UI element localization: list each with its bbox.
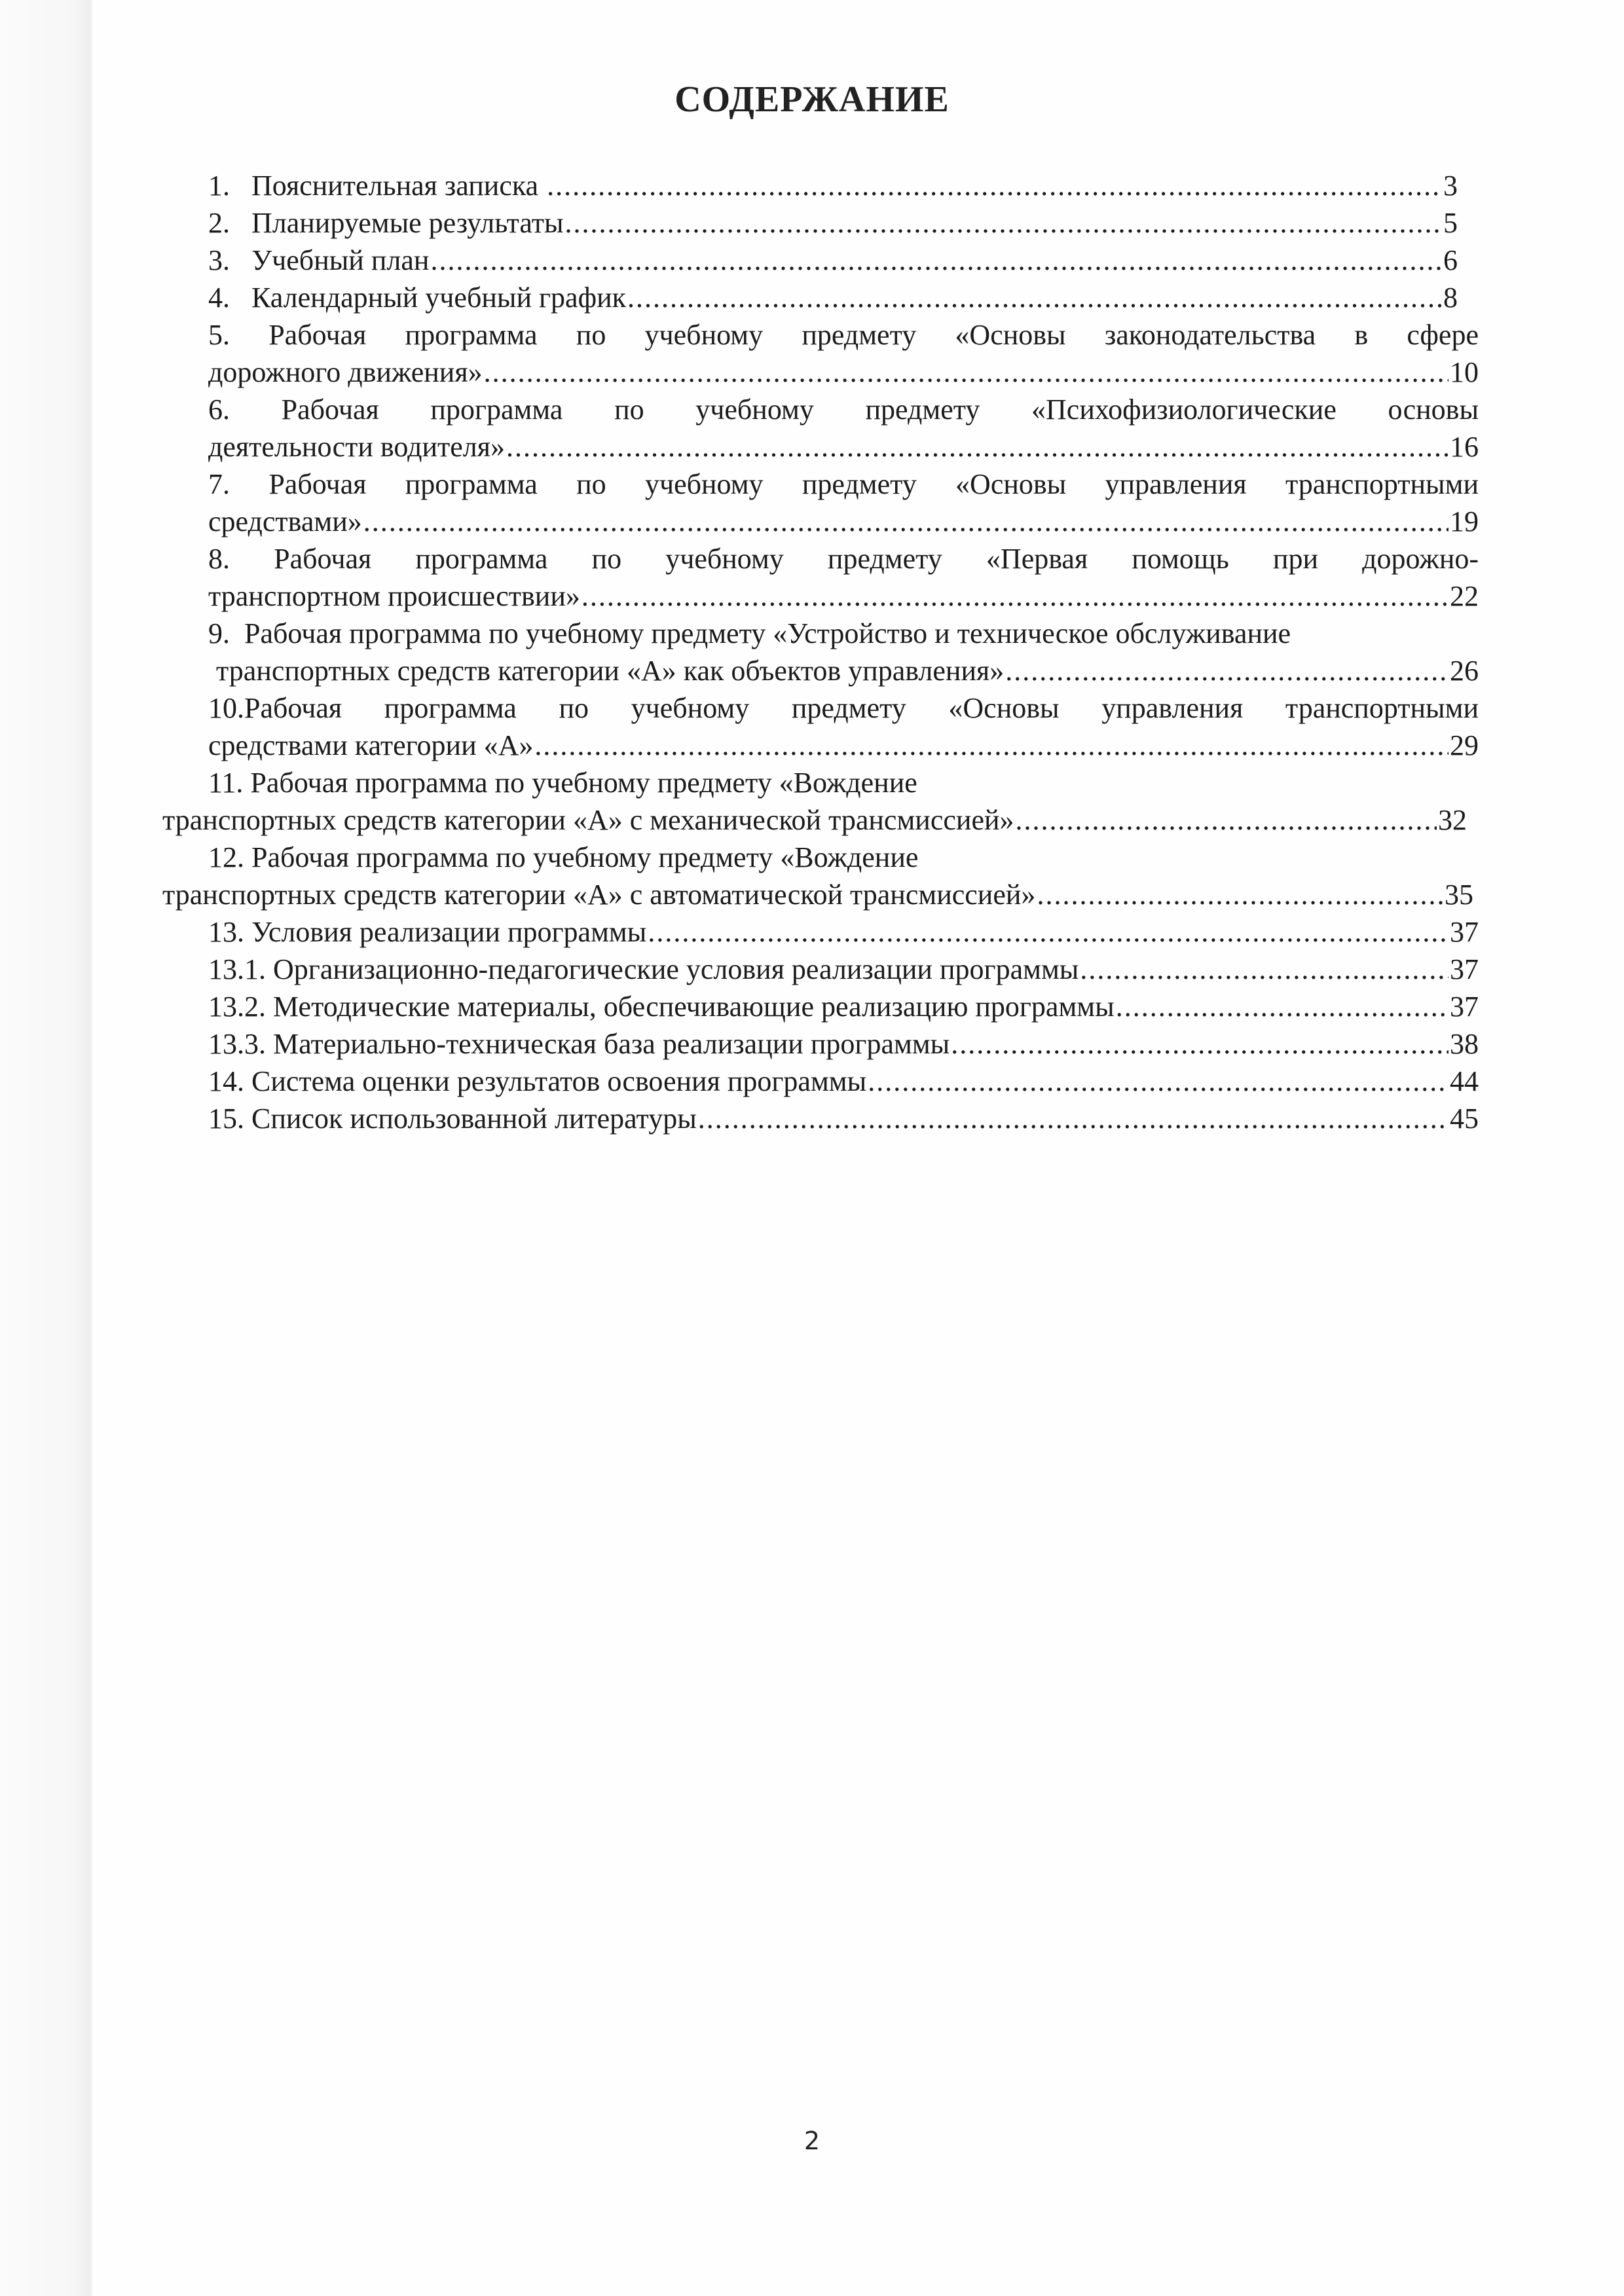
toc-entry-number: 11.	[208, 767, 243, 799]
dot-leader: ........................................…	[1080, 951, 1449, 988]
toc-entry-title-cont: транспортных средств категории «А» с авт…	[162, 877, 1035, 913]
toc-entry-title: Система оценки результатов освоения прог…	[251, 1065, 866, 1097]
toc-entry-page: 32	[1438, 802, 1467, 839]
toc-entry-number: 4.	[208, 282, 230, 314]
toc-entry-title: Рабочая программа по учебному предмету «…	[244, 692, 1479, 724]
toc-entry-title: Пояснительная записка	[251, 170, 538, 202]
toc-entry-number: 2.	[208, 207, 230, 239]
dot-leader: ........................................…	[581, 578, 1449, 615]
toc-entry-page: 45	[1450, 1101, 1479, 1137]
toc-entry-number: 8.	[208, 543, 230, 575]
toc-entry-title: Учебный план	[251, 244, 429, 276]
toc-entry-number: 7.	[208, 468, 230, 500]
dot-leader: ........................................…	[534, 727, 1449, 764]
toc-entry-number: 13.1.	[208, 953, 266, 985]
toc-entry-15[interactable]: 15. Список использованной литературы ...…	[208, 1101, 1479, 1137]
toc-entry-page: 35	[1445, 877, 1473, 913]
toc-entry-page: 19	[1450, 503, 1479, 540]
dot-leader: ........................................…	[1016, 802, 1437, 839]
toc-entry-title: Список использованной литературы	[251, 1102, 697, 1135]
dot-leader: ........................................…	[868, 1063, 1449, 1100]
toc-entry-title-cont: транспортных средств категории «А» с мех…	[162, 802, 1014, 839]
toc-entry-4[interactable]: 4. Календарный учебный график ..........…	[208, 280, 1458, 316]
toc-entry-title: Организационно-педагогические условия ре…	[273, 953, 1079, 985]
toc-entry-page: 26	[1450, 653, 1479, 689]
toc-entry-13-3[interactable]: 13.3. Материально-техническая база реали…	[208, 1026, 1479, 1063]
toc-entry-title: Планируемые результаты	[251, 207, 564, 239]
toc-entry-title-cont: средствами»	[208, 503, 362, 540]
toc-entry-13-1[interactable]: 13.1. Организационно-педагогические усло…	[208, 951, 1479, 988]
toc-entry-3[interactable]: 3. Учебный план ........................…	[208, 242, 1458, 279]
toc-entry-number: 13.3.	[208, 1028, 266, 1060]
toc-entry-title: Рабочая программа по учебному предмету «…	[274, 543, 1479, 575]
toc-entry-title-cont: транспортном происшествии»	[208, 578, 580, 615]
toc-entry-title-cont: деятельности водителя»	[208, 429, 505, 465]
dot-leader: ........................................…	[1005, 653, 1449, 689]
toc-entry-number: 12.	[208, 841, 244, 873]
dot-leader: ........................................…	[430, 242, 1442, 279]
toc-entry-title: Рабочая программа по учебному предмету «…	[268, 468, 1479, 500]
toc-entry-page: 22	[1450, 578, 1479, 615]
dot-leader: ........................................…	[484, 354, 1449, 391]
toc-entry-number: 1.	[208, 170, 230, 202]
toc-entry-number: 6.	[208, 393, 230, 426]
toc-entry-title-cont: дорожного движения»	[208, 354, 483, 391]
toc-entry-title: Материально-техническая база реализации …	[273, 1028, 950, 1060]
toc-entry-title: Методические материалы, обеспечивающие р…	[273, 991, 1115, 1023]
toc-entry-page: 37	[1450, 989, 1479, 1025]
toc-entry-title: Рабочая программа по учебному предмету «…	[282, 393, 1479, 426]
toc-entry-title: Календарный учебный график	[251, 282, 626, 314]
dot-leader: ........................................…	[627, 280, 1442, 316]
toc-entry-number: 3.	[208, 244, 230, 276]
dot-leader: ........................................…	[506, 429, 1449, 465]
toc-entry-title-cont: транспортных средств категории «А» как о…	[216, 653, 1004, 689]
toc-entry-page: 37	[1450, 951, 1479, 988]
toc-entry-title-cont: средствами категории «А»	[208, 727, 533, 764]
toc-entry-number: 5.	[208, 319, 230, 351]
toc-entry-title: Рабочая программа по учебному предмету «…	[268, 319, 1479, 351]
toc-entry-2[interactable]: 2. Планируемые результаты ..............…	[208, 205, 1458, 242]
toc-entry-page: 6	[1443, 242, 1458, 279]
toc-entry-page: 38	[1450, 1026, 1479, 1063]
dot-leader: ........................................…	[363, 503, 1449, 540]
toc-entry-page: 10	[1450, 354, 1479, 391]
toc-entry-page: 44	[1450, 1063, 1479, 1100]
toc-entry-page: 8	[1443, 280, 1458, 316]
toc-entry-number: 13.2.	[208, 991, 266, 1023]
dot-leader: ........................................…	[1037, 877, 1443, 913]
toc-entry-number: 13.	[208, 916, 244, 948]
toc-entry-title: Рабочая программа по учебному предмету «…	[250, 767, 917, 799]
toc-entry-title: Рабочая программа по учебному предмету «…	[251, 841, 918, 873]
toc-entry-page: 16	[1450, 429, 1479, 465]
toc-entry-page: 5	[1443, 205, 1458, 242]
toc-entry-title: Рабочая программа по учебному предмету «…	[244, 617, 1291, 649]
toc-entry-page: 37	[1450, 914, 1479, 951]
toc-entry-number: 15.	[208, 1102, 244, 1135]
dot-leader: ........................................…	[698, 1101, 1449, 1137]
dot-leader: ........................................…	[547, 168, 1442, 204]
toc-entry-page: 3	[1443, 168, 1458, 204]
dot-leader: ........................................…	[565, 205, 1442, 242]
toc-entry-1[interactable]: 1. Пояснительная записка ...............…	[208, 168, 1458, 204]
page-number: 2	[0, 2126, 1624, 2155]
toc-entry-number: 14.	[208, 1065, 244, 1097]
toc-entry-page: 29	[1450, 727, 1479, 764]
toc-entry-13-2[interactable]: 13.2. Методические материалы, обеспечива…	[208, 989, 1479, 1025]
dot-leader: ........................................…	[951, 1026, 1449, 1063]
toc-entry-13[interactable]: 13. Условия реализации программы .......…	[208, 914, 1479, 951]
toc-entry-title: Условия реализации программы	[251, 916, 646, 948]
toc-entry-number: 9.	[208, 617, 230, 649]
toc-entry-14[interactable]: 14. Система оценки результатов освоения …	[208, 1063, 1479, 1100]
dot-leader: ........................................…	[648, 914, 1449, 951]
table-of-contents: 1. Пояснительная записка ...............…	[0, 0, 1624, 1178]
toc-entry-number: 10.	[208, 692, 244, 724]
dot-leader: ........................................…	[1116, 989, 1449, 1025]
